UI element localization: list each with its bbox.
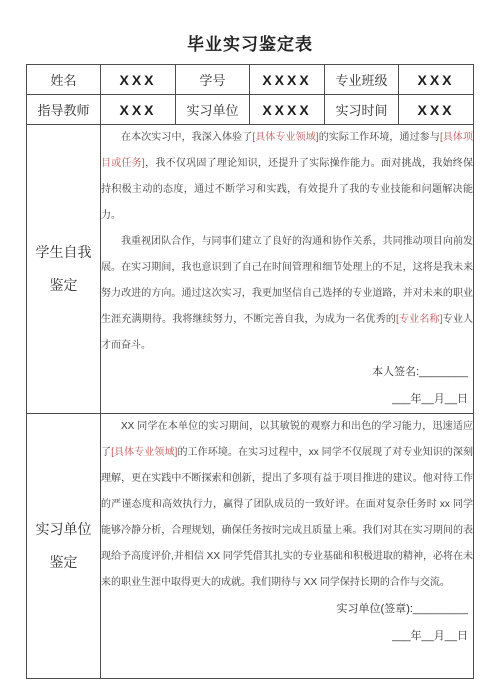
unit-appraisal-row: 实习单位 鉴定 XX 同学在本单位的实习期间，以其敏锐的观察力和出色的学习能力，… xyxy=(27,414,474,679)
unit-date-line: ___年__月__日 xyxy=(101,623,468,650)
field-value-internship-time: XXX xyxy=(399,95,474,125)
info-row-2: 指导教师 XXX 实习单位 XXXX 实习时间 XXX xyxy=(27,95,474,125)
field-label-student-id: 学号 xyxy=(176,65,250,95)
self-appraisal-paragraph-1: 在本次实习中，我深入体验了[具体专业领域]的实际工作环境，通过参与[具体项目或任… xyxy=(101,125,473,229)
self-date-line: ___年__月__日 xyxy=(101,386,468,413)
section-label-unit-appraisal: 实习单位 鉴定 xyxy=(27,414,101,679)
section-label-line: 学生自我 xyxy=(27,236,100,269)
section-label-line: 实习单位 xyxy=(27,513,100,546)
section-label-line: 鉴定 xyxy=(27,269,100,302)
field-value-major-class: XXX xyxy=(399,65,474,95)
document-page: 毕业实习鉴定表 姓名 XXX 学号 XXXX 专业班级 XXX 指导教师 XXX… xyxy=(0,0,500,694)
appraisal-table: 姓名 XXX 学号 XXXX 专业班级 XXX 指导教师 XXX 实习单位 XX… xyxy=(26,64,474,679)
field-value-internship-unit: XXXX xyxy=(250,95,325,125)
self-appraisal-row: 学生自我 鉴定 在本次实习中，我深入体验了[具体专业领域]的实际工作环境，通过参… xyxy=(27,125,474,414)
self-appraisal-paragraph-2: 我重视团队合作，与同事们建立了良好的沟通和协作关系，共同推动项目向前发展。在实习… xyxy=(101,229,473,359)
unit-signature-line: 实习单位(签章):_________ xyxy=(101,596,468,623)
field-label-internship-time: 实习时间 xyxy=(325,95,399,125)
field-value-advisor: XXX xyxy=(101,95,176,125)
self-appraisal-content: 在本次实习中，我深入体验了[具体专业领域]的实际工作环境，通过参与[具体项目或任… xyxy=(101,125,474,414)
unit-appraisal-signature-block: 实习单位(签章):_________ ___年__月__日 xyxy=(101,596,473,650)
field-label-advisor: 指导教师 xyxy=(27,95,101,125)
field-label-name: 姓名 xyxy=(27,65,101,95)
info-row-1: 姓名 XXX 学号 XXXX 专业班级 XXX xyxy=(27,65,474,95)
field-label-internship-unit: 实习单位 xyxy=(176,95,250,125)
self-signature-line: 本人签名:________ xyxy=(101,359,468,386)
field-value-student-id: XXXX xyxy=(250,65,325,95)
section-label-line: 鉴定 xyxy=(27,546,100,579)
unit-appraisal-paragraph: XX 同学在本单位的实习期间，以其敏锐的观察力和出色的学习能力，迅速适应了[具体… xyxy=(101,414,473,596)
field-value-name: XXX xyxy=(101,65,176,95)
field-label-major-class: 专业班级 xyxy=(325,65,399,95)
section-label-self-appraisal: 学生自我 鉴定 xyxy=(27,125,101,414)
page-title: 毕业实习鉴定表 xyxy=(0,0,500,64)
self-appraisal-signature-block: 本人签名:________ ___年__月__日 xyxy=(101,359,473,413)
unit-appraisal-content: XX 同学在本单位的实习期间，以其敏锐的观察力和出色的学习能力，迅速适应了[具体… xyxy=(101,414,474,679)
